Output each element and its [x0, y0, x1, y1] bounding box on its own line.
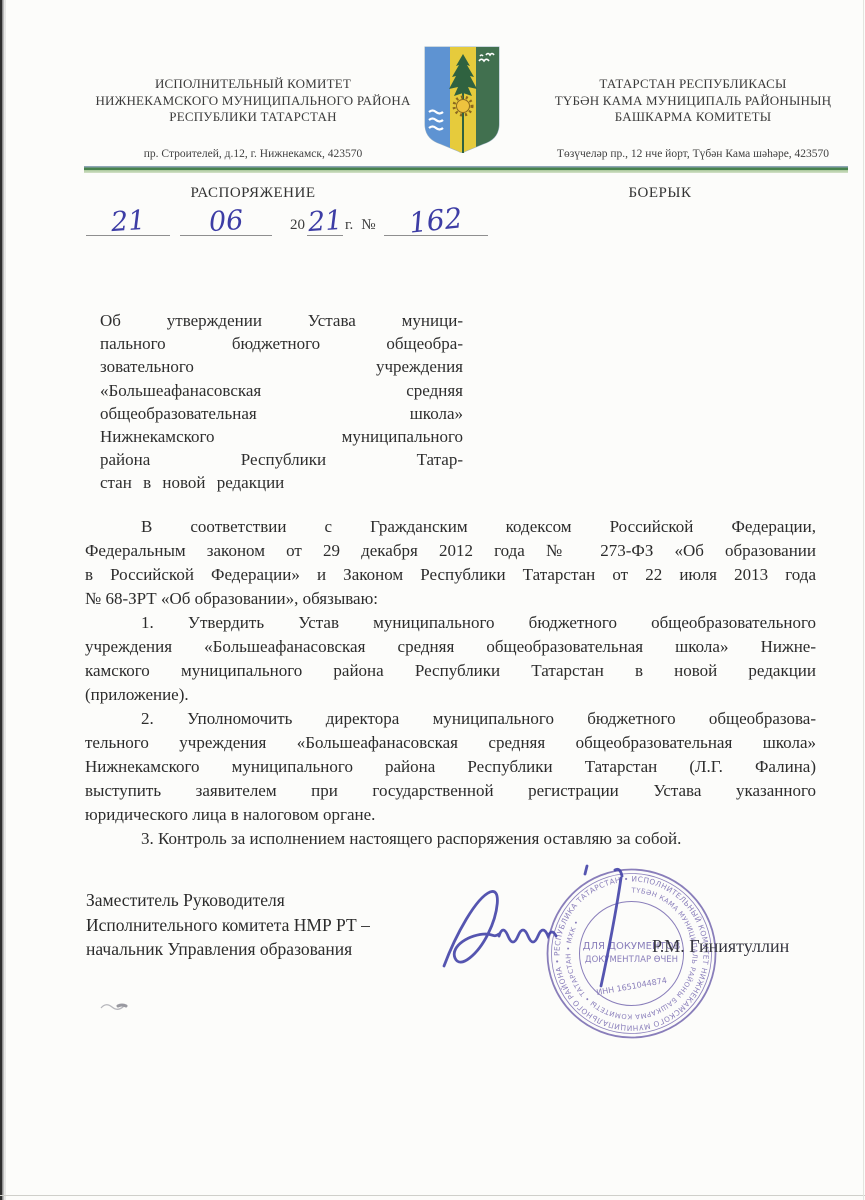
org-address-russian: пр. Строителей, д.12, г. Нижнекамск, 423…	[88, 148, 418, 160]
paragraph: 1. Утвердить Устав муниципального бюджет…	[85, 611, 816, 707]
scan-edge-artifact-bottom	[0, 1195, 865, 1196]
signer-position: Заместитель Руководителя Исполнительного…	[86, 888, 370, 962]
title-line: стан в новой редакции	[100, 471, 463, 494]
date-month-field: 06	[180, 209, 272, 236]
body-line: камского муниципального района Республик…	[85, 659, 816, 683]
handwritten-month: 06	[208, 208, 244, 236]
doc-type-tatar: БОЕРЫК	[540, 185, 780, 202]
date-day-field: 21	[86, 209, 170, 236]
body-line: № 68-ЗРТ «Об образовании», обязываю:	[85, 587, 816, 611]
body-line: юридического лица в налоговом органе.	[85, 803, 816, 827]
year-suffix: г.	[343, 217, 355, 236]
body-line: в Российской Федерации» и Законом Респуб…	[85, 563, 816, 587]
pencil-mark-artifact	[100, 1000, 130, 1012]
title-line: пального бюджетного общеобра-	[100, 332, 463, 355]
doc-number-field: 162	[384, 208, 488, 236]
number-sign: №	[359, 217, 377, 236]
scan-edge-artifact-left	[0, 0, 6, 1200]
org-name-russian: ИСПОЛНИТЕЛЬНЫЙ КОМИТЕТ НИЖНЕКАМСКОГО МУН…	[88, 76, 418, 126]
date-year-field: 21	[307, 209, 343, 236]
org-line: НИЖНЕКАМСКОГО МУНИЦИПАЛЬНОГО РАЙОНА	[88, 93, 418, 110]
body-line: 2. Уполномочить директора муниципального…	[85, 707, 816, 731]
org-line: ТАТАРСТАН РЕСПУБЛИКАСЫ	[528, 76, 858, 93]
body-line: учреждения «Большеафанасовская средняя о…	[85, 635, 816, 659]
body-line: 3. Контроль за исполнением настоящего ра…	[85, 827, 816, 851]
handwritten-year: 21	[307, 208, 343, 236]
signer-position-line: Исполнительного комитета НМР РТ –	[86, 913, 370, 938]
title-line: «Большеафанасовская средняя	[100, 379, 463, 402]
org-address-tatar: Төзүчеләр пр., 12 нче йорт, Түбән Кама ш…	[528, 148, 858, 160]
org-line: ТҮБӘН КАМА МУНИЦИПАЛЬ РАЙОНЫНЫҢ	[528, 93, 858, 110]
handwritten-day: 21	[110, 208, 146, 236]
doc-title: Об утверждении Устава муници- пального б…	[100, 309, 463, 495]
title-line: зовательного учреждения	[100, 355, 463, 378]
org-name-tatar: ТАТАРСТАН РЕСПУБЛИКАСЫ ТҮБӘН КАМА МУНИЦИ…	[528, 76, 858, 126]
doc-type-russian: РАСПОРЯЖЕНИЕ	[88, 185, 418, 202]
body-line: выступить заявителем при государственной…	[85, 779, 816, 803]
date-number-line: 21 06 20 21 г. № 162	[86, 202, 488, 236]
paragraph: 3. Контроль за исполнением настоящего ра…	[85, 827, 816, 851]
scanned-document-page: ИСПОЛНИТЕЛЬНЫЙ КОМИТЕТ НИЖНЕКАМСКОГО МУН…	[0, 0, 865, 1200]
paragraph: 2. Уполномочить директора муниципального…	[85, 707, 816, 827]
title-line: общеобразовательная школа»	[100, 402, 463, 425]
emblem-stripe-blue	[425, 47, 450, 155]
signer-position-line: начальник Управления образования	[86, 937, 370, 962]
body-line: Федеральным законом от 29 декабря 2012 г…	[85, 539, 816, 563]
scan-edge-artifact-right	[863, 0, 864, 1200]
doc-body: В соответствии с Гражданским кодексом Ро…	[85, 515, 816, 851]
handwritten-number: 162	[408, 205, 464, 236]
emblem-stripe-green	[476, 47, 499, 155]
body-line: Нижнекамского муниципального района Респ…	[85, 755, 816, 779]
body-line: 1. Утвердить Устав муниципального бюджет…	[85, 611, 816, 635]
handwritten-signature	[436, 858, 651, 1008]
title-line: района Республики Татар-	[100, 448, 463, 471]
body-line: (приложение).	[85, 683, 816, 707]
body-line: тельного учреждения «Большеафанасовская …	[85, 731, 816, 755]
org-line: РЕСПУБЛИКИ ТАТАРСТАН	[88, 109, 418, 126]
letterhead-separator-line	[84, 166, 848, 173]
paragraph: В соответствии с Гражданским кодексом Ро…	[85, 515, 816, 611]
signer-position-line: Заместитель Руководителя	[86, 888, 370, 913]
coat-of-arms-nizhnekamsk	[420, 44, 504, 160]
org-line: ИСПОЛНИТЕЛЬНЫЙ КОМИТЕТ	[88, 76, 418, 93]
body-line: В соответствии с Гражданским кодексом Ро…	[85, 515, 816, 539]
org-line: БАШКАРМА КОМИТЕТЫ	[528, 109, 858, 126]
year-prefix: 20	[288, 217, 307, 236]
title-line: Нижнекамского муниципального	[100, 425, 463, 448]
title-line: Об утверждении Устава муници-	[100, 309, 463, 332]
signer-name: Р.М. Гиниятуллин	[652, 936, 789, 957]
